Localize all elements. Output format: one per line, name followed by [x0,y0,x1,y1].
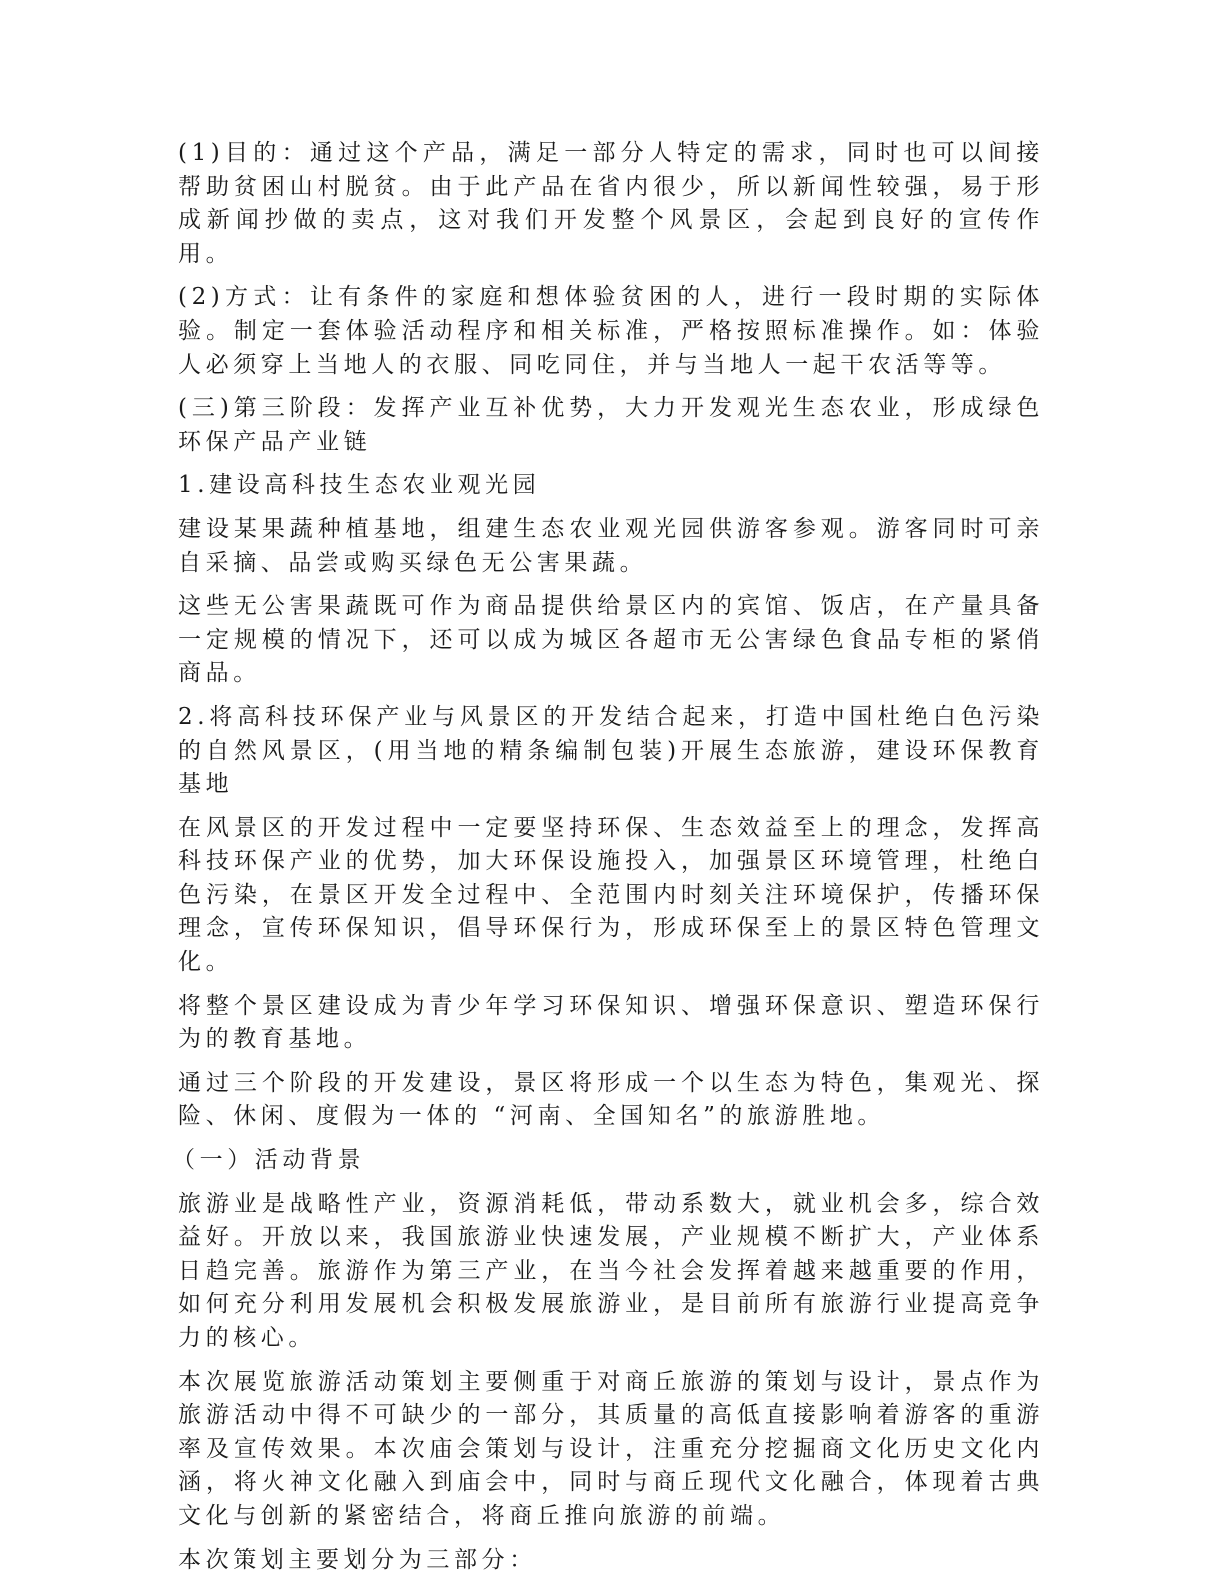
document-page: (1)目的：通过这个产品，满足一部分人特定的需求，同时也可以间接帮助贫困山村脱贫… [178,137,1044,1584]
paragraph-three-parts: 本次策划主要划分为三部分： [178,1544,1044,1578]
paragraph-purpose: (1)目的：通过这个产品，满足一部分人特定的需求，同时也可以间接帮助贫困山村脱贫… [178,137,1044,271]
subheading-eco-agriculture-park: 1.建设高科技生态农业观光园 [178,469,1044,503]
section-heading-phase-three: (三)第三阶段：发挥产业互补优势，大力开发观光生态农业，形成绿色环保产品产业链 [178,392,1044,459]
section-heading-activity-background: （一）活动背景 [172,1144,1044,1178]
paragraph-tourism-industry: 旅游业是战略性产业，资源消耗低，带动系数大，就业机会多，综合效益好。开放以来，我… [178,1188,1044,1356]
paragraph-shangqiu-planning: 本次展览旅游活动策划主要侧重于对商丘旅游的策划与设计，景点作为旅游活动中得不可缺… [178,1366,1044,1534]
paragraph-three-phases-summary: 通过三个阶段的开发建设，景区将形成一个以生态为特色，集观光、探险、休闲、度假为一… [178,1067,1044,1134]
paragraph-method: (2)方式：让有条件的家庭和想体验贫困的人，进行一段时期的实际体验。制定一套体验… [178,281,1044,382]
paragraph-education-base: 将整个景区建设成为青少年学习环保知识、增强环保意识、塑造环保行为的教育基地。 [178,990,1044,1057]
paragraph-environmental-philosophy: 在风景区的开发过程中一定要坚持环保、生态效益至上的理念，发挥高科技环保产业的优势… [178,812,1044,980]
paragraph-fruit-vegetable-base: 建设某果蔬种植基地，组建生态农业观光园供游客参观。游客同时可亲自采摘、品尝或购买… [178,513,1044,580]
paragraph-pollution-free-produce: 这些无公害果蔬既可作为商品提供给景区内的宾馆、饭店，在产量具备一定规模的情况下，… [178,590,1044,691]
subheading-environmental-industry: 2.将高科技环保产业与风景区的开发结合起来，打造中国杜绝白色污染的自然风景区，(… [178,701,1044,802]
